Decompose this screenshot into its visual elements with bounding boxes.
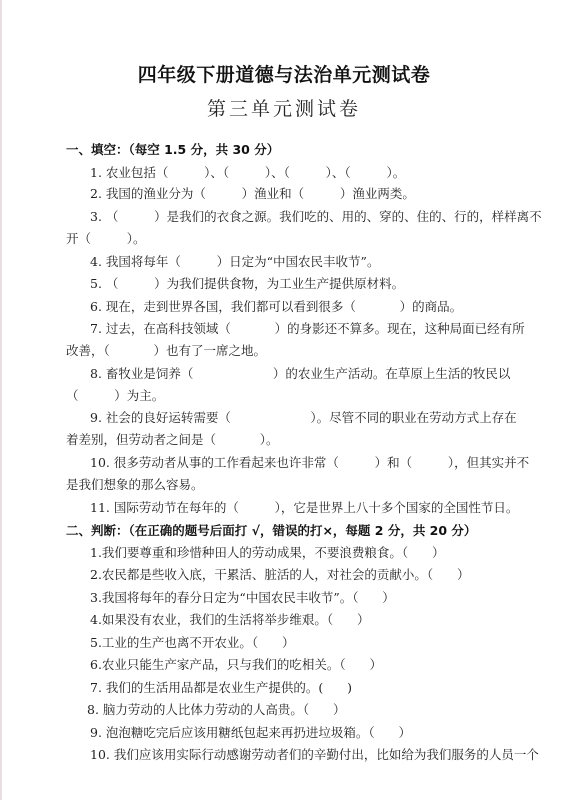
- fill-question-9: 9. 社会的良好运转需要（ ）。尽管不同的职业在劳动方式上存在: [90, 410, 517, 426]
- fill-question-5: 5. （ ）为我们提供食物，为工业生产提供原材料。: [90, 276, 404, 292]
- fill-question-3: 3. （ ）是我们的衣食之源。我们吃的、用的、穿的、住的、行的，样样离不: [90, 209, 542, 225]
- section-judge-heading: 二、判断：（在正确的题号后面打 √，错误的打×，每题 2 分，共 20 分）: [66, 521, 476, 539]
- document-title: 四年级下册道德与法治单元测试卷: [0, 60, 568, 87]
- fill-question-1: 1. 农业包括（ ）、（ ）、（ ）、（ ）。: [90, 165, 405, 181]
- section-fill-blank-heading: 一、填空：（每空 1.5 分，共 30 分）: [66, 140, 279, 158]
- judge-question-8: 8. 脑力劳动的人比体力劳动的人高贵。（ ）: [87, 702, 346, 718]
- judge-question-3: 3.我国将每年的春分日定为“中国农民丰收节”。（ ）: [90, 590, 395, 606]
- judge-question-4: 4.如果没有农业，我们的生活将举步维艰。（ ）: [90, 612, 370, 628]
- judge-question-1: 1.我们要尊重和珍惜种田人的劳动成果，不要浪费粮食。（ ）: [90, 545, 445, 561]
- document-subtitle: 第三单元测试卷: [0, 94, 568, 121]
- fill-question-8: 8. 畜牧业是饲养（ ）的农业生产活动。在草原上生活的牧民以: [90, 366, 510, 382]
- fill-question-4: 4. 我国将每年（ ）日定为“中国农民丰收节”。: [90, 254, 379, 270]
- judge-question-2: 2.农民都是些收入底，干累活、脏活的人，对社会的贡献小。（ ）: [90, 567, 470, 583]
- fill-question-9-cont: 着差别，但劳动者之间是（ ）。: [66, 432, 278, 448]
- judge-question-7: 7. 我们的生活用品都是农业生产提供的。( ): [90, 680, 352, 696]
- fill-question-11: 11. 国际劳动节在每年的（ ），它是世界上八十多个国家的全国性节日。: [90, 500, 518, 516]
- judge-question-10: 10. 我们应该用实际行动感谢劳动者们的辛勤付出，比如给为我们服务的人员一个: [90, 747, 539, 763]
- fill-question-10-cont: 是我们想象的那么容易。: [66, 477, 204, 493]
- fill-question-3-cont: 开（ ）。: [66, 231, 146, 247]
- fill-question-7-cont: 改善，（ ）也有了一席之地。: [66, 343, 266, 359]
- judge-question-6: 6.农业只能生产家产品，只与我们的吃相关。（ ）: [90, 657, 382, 673]
- fill-question-8-cont: （ ）为主。: [66, 388, 164, 404]
- fill-question-10: 10. 很多劳动者从事的工作看起来也许非常（ ）和（ ），但其实并不: [90, 455, 529, 471]
- judge-question-9: 9. 泡泡糖吃完后应该用糖纸包起来再扔进垃圾箱。（ ）: [90, 725, 411, 741]
- fill-question-2: 2. 我国的渔业分为（ ）渔业和（ ）渔业两类。: [90, 186, 415, 202]
- judge-question-5: 5.工业的生产也离不开农业。（ ）: [90, 635, 295, 651]
- fill-question-6: 6. 现在，走到世界各国，我们都可以看到很多（ ）的商品。: [90, 299, 462, 315]
- fill-question-7: 7. 过去，在高科技领域（ ）的身影还不算多。现在，这种局面已经有所: [90, 321, 525, 337]
